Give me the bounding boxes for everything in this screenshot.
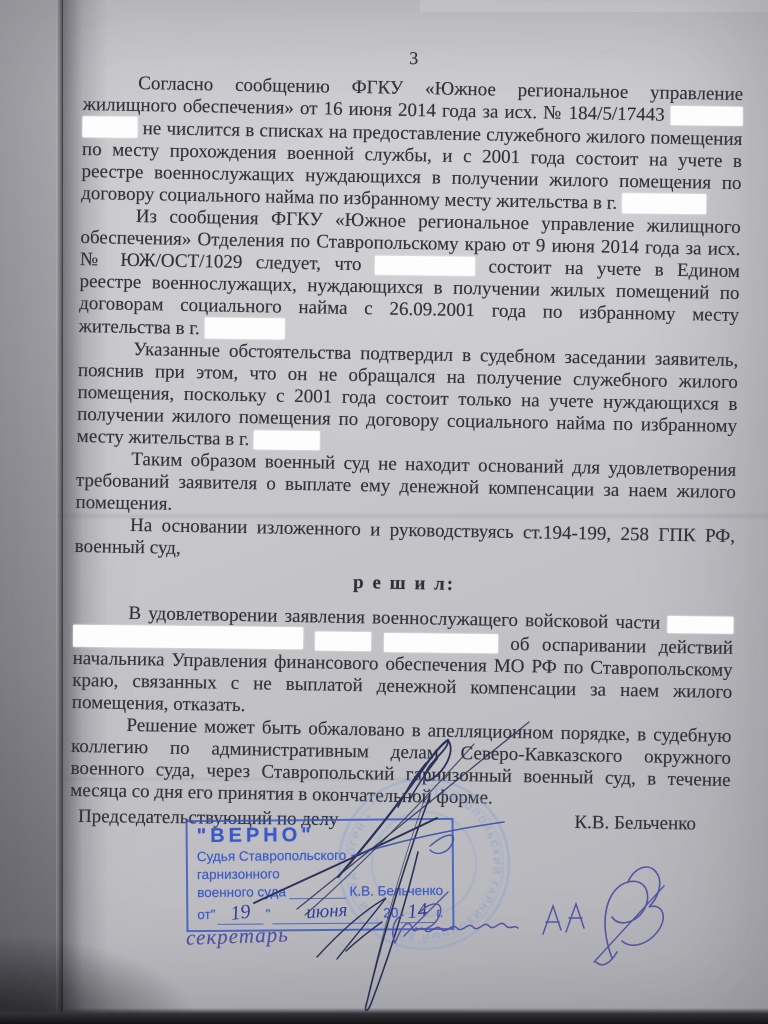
- paragraph: В удовлетворении заявления военнослужаще…: [72, 602, 734, 726]
- court-decision-page: 3 Согласно сообщению ФГКУ «Южное региона…: [70, 42, 744, 814]
- stamp-date-day-slot: 19: [217, 903, 263, 924]
- stamp-title: "ВЕРНО": [197, 823, 443, 847]
- stamp-date-prefix: от: [197, 905, 211, 925]
- redaction-block: [384, 633, 498, 653]
- stamp-line-court2: гарнизонного: [197, 864, 443, 882]
- redaction-block: [204, 318, 284, 340]
- stamp-judge-name: К.В. Бельченко: [349, 882, 443, 901]
- secretary-label: секретарь: [186, 922, 290, 951]
- desk-edge: [0, 1008, 768, 1024]
- paragraph: Из сообщения ФГКУ «Южное региональное уп…: [79, 205, 741, 350]
- stamp-date-century: 20: [383, 903, 398, 923]
- stamp-date-line: от " 19 " июня 20 14 г.: [197, 902, 443, 925]
- paragraph: Таким образом военный суд не находит осн…: [75, 448, 736, 526]
- redaction-block: [315, 632, 371, 652]
- decision-heading: р е ш и л:: [74, 567, 734, 601]
- paper-edge-highlight: [420, 0, 768, 12]
- stamp-date-month-slot: июня: [272, 902, 381, 924]
- stamp-judge-line: военного суда К.В. Бельченко: [197, 882, 443, 902]
- paragraph: Указанные обстоятельства подтвердил в су…: [77, 338, 739, 460]
- handwritten-year: 14: [407, 903, 428, 919]
- redaction-block: [73, 625, 303, 650]
- stamp-fill-line: [289, 886, 347, 900]
- stamp-date-suffix: г.: [436, 903, 443, 923]
- underlying-page-edge: [0, 0, 62, 1024]
- redaction-block: [622, 193, 706, 214]
- stamp-quote: ": [211, 905, 216, 925]
- stamp-quote: ": [265, 904, 270, 924]
- judge-name: К.В. Бельченко: [574, 812, 696, 835]
- stamp-date-year-slot: 14: [400, 902, 434, 923]
- handwritten-month: июня: [306, 904, 348, 920]
- paragraph: Согласно сообщению ФГКУ «Южное региональ…: [81, 72, 743, 217]
- redaction-block: [254, 430, 320, 450]
- body-text: Согласно сообщению ФГКУ «Южное региональ…: [75, 72, 744, 570]
- redaction-block: [82, 116, 137, 138]
- verno-stamp: "ВЕРНО" Судья Ставропольского гарнизонно…: [186, 818, 455, 932]
- handwritten-day: 19: [230, 904, 252, 920]
- redaction-block: [375, 256, 475, 276]
- stamp-line-court1: Судья Ставропольского: [197, 847, 443, 865]
- redaction-block: [671, 106, 743, 126]
- redaction-block: [667, 616, 733, 634]
- stamp-judge-label: военного суда: [197, 884, 286, 903]
